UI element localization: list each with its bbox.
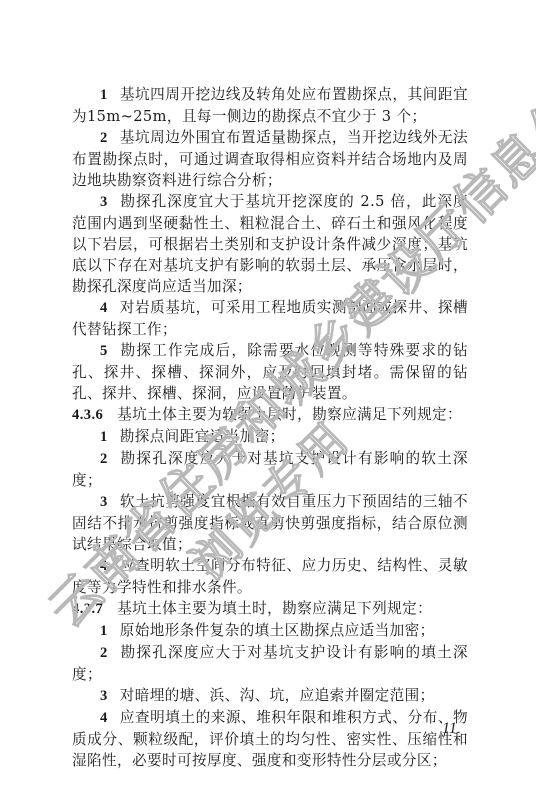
item-text: 软土抗剪强度宜根据有效自重压力下预固结的三轴不固结不排水抗剪强度指标或直剪快剪强… [72,493,468,553]
list-item: 1原始地形条件复杂的填土区勘探点应适当加密； [72,620,468,642]
list-item: 4应查明填土的来源、堆积年限和堆积方式、分布、物质成分、颗粒级配，评价填土的均匀… [72,707,468,771]
item-number: 3 [100,194,108,210]
list-item: 1基坑四周开挖边线及转角处应布置勘探点，其间距宜为15m~25m，且每一侧边的勘… [72,84,468,127]
list-item: 5勘探工作完成后，除需要水位观测等特殊要求的钻孔、探井、探槽、探洞外，应及时回填… [72,340,468,404]
clause-text: 基坑土体主要为填土时，勘察应满足下列规定： [117,600,432,617]
item-text: 基坑四周开挖边线及转角处应布置勘探点，其间距宜为15m~25m，且每一侧边的勘探… [72,86,468,125]
body-text: 1基坑四周开挖边线及转角处应布置勘探点，其间距宜为15m~25m，且每一侧边的勘… [72,84,468,771]
item-number: 3 [100,688,108,704]
item-number: 1 [100,87,108,103]
list-item: 3对暗埋的塘、浜、沟、坑，应追索并圈定范围； [72,685,468,707]
item-number: 2 [100,451,108,467]
item-number: 4 [100,300,108,316]
item-text: 对暗埋的塘、浜、沟、坑，应追索并圈定范围； [120,687,435,704]
list-item: 4对岩质基坑，可采用工程地质实测剖面或探井、探槽代替钻探工作； [72,297,468,340]
clause-heading: 4.3.6基坑土体主要为软弱土层时，勘察应满足下列规定： [72,404,468,426]
item-text: 勘探工作完成后，除需要水位观测等特殊要求的钻孔、探井、探槽、探洞外，应及时回填封… [72,342,468,402]
item-text: 勘探孔深度应大于对基坑支护设计有影响的填土深度； [72,644,468,683]
item-text: 勘探点间距宜适当加密； [120,428,285,445]
item-text: 应查明软土空间分布特征、应力历史、结构性、灵敏度等力学特性和排水条件。 [72,557,468,596]
clause-number: 4.3.6 [72,407,103,423]
item-text: 对岩质基坑，可采用工程地质实测剖面或探井、探槽代替钻探工作； [72,299,468,338]
item-number: 4 [100,558,108,574]
item-text: 勘探孔深度应大于对基坑支护设计有影响的软土深度； [72,450,468,489]
item-text: 勘探孔深度宜大于基坑开挖深度的 2.5 倍，此深度范围内遇到坚硬黏性土、粗粒混合… [72,193,468,295]
item-number: 1 [100,623,108,639]
clause-heading: 4.3.7基坑土体主要为填土时，勘察应满足下列规定： [72,598,468,620]
item-number: 3 [100,494,108,510]
list-item: 2基坑周边外围宜布置适量勘探点，当开挖边线外无法布置勘探点时，可通过调查取得相应… [72,127,468,191]
list-item: 3软土抗剪强度宜根据有效自重压力下预固结的三轴不固结不排水抗剪强度指标或直剪快剪… [72,491,468,555]
item-number: 5 [100,343,108,359]
item-text: 应查明填土的来源、堆积年限和堆积方式、分布、物质成分、颗粒级配，评价填土的均匀性… [72,709,468,769]
clause-text: 基坑土体主要为软弱土层时，勘察应满足下列规定： [117,406,462,423]
item-number: 1 [100,429,108,445]
item-text: 原始地形条件复杂的填土区勘探点应适当加密； [120,622,435,639]
item-number: 4 [100,710,108,726]
clause-number: 4.3.7 [72,601,103,617]
item-text: 基坑周边外围宜布置适量勘探点，当开挖边线外无法布置勘探点时，可通过调查取得相应资… [72,129,468,189]
page-number: 11 [442,720,457,738]
document-page: 1基坑四周开挖边线及转角处应布置勘探点，其间距宜为15m~25m，且每一侧边的勘… [0,0,536,793]
list-item: 2勘探孔深度应大于对基坑支护设计有影响的填土深度； [72,642,468,685]
list-item: 4应查明软土空间分布特征、应力历史、结构性、灵敏度等力学特性和排水条件。 [72,555,468,598]
item-number: 2 [100,645,108,661]
list-item: 1勘探点间距宜适当加密； [72,426,468,448]
item-number: 2 [100,130,108,146]
list-item: 2勘探孔深度应大于对基坑支护设计有影响的软土深度； [72,448,468,491]
list-item: 3勘探孔深度宜大于基坑开挖深度的 2.5 倍，此深度范围内遇到坚硬黏性土、粗粒混… [72,191,468,297]
